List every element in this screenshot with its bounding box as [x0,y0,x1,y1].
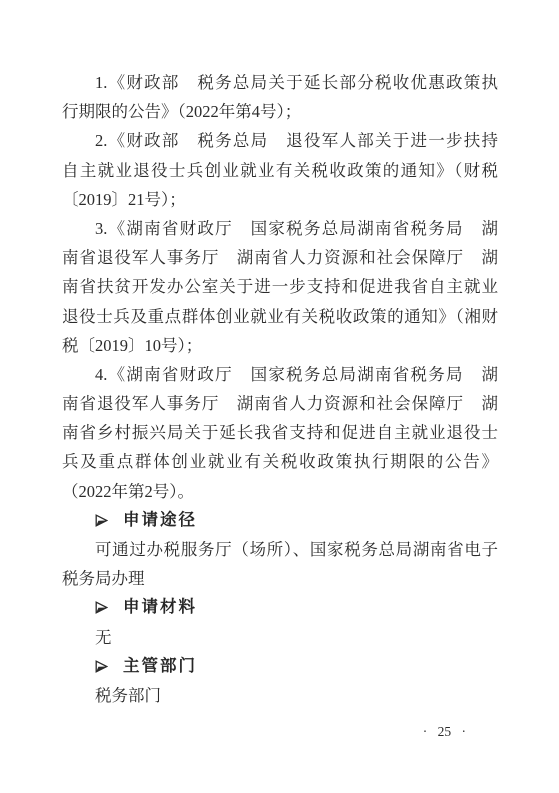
document-body: 1.《财政部 税务总局关于延长部分税收优惠政策执行期限的公告》（2022年第4号… [62,68,498,710]
section-heading: 申请材料 [62,593,498,622]
text-line: 税务部门 [62,681,498,710]
text-line: 〔2019〕21号）； [62,185,498,214]
paragraph: 可通过办税服务厅（场所）、国家税务总局湖南省电子税务局办理 [62,535,498,593]
paragraph: 2.《财政部 税务总局 退役军人部关于进一步扶持自主就业退役士兵创业就业有关税收… [62,126,498,214]
arrowhead-bullet-icon [95,601,108,614]
text-line: 1.《财政部 税务总局关于延长部分税收优惠政策执 [62,68,498,97]
arrowhead-bullet-icon [95,514,108,527]
text-line: 退役士兵及重点群体创业就业有关税收政策的通知》（湘财 [62,302,498,331]
text-line: 行期限的公告》（2022年第4号）； [62,97,498,126]
paragraph: 无 [62,623,498,652]
text-line: 可通过办税服务厅（场所）、国家税务总局湖南省电子 [62,535,498,564]
section-heading: 主管部门 [62,652,498,681]
text-line: 税务局办理 [62,564,498,593]
paragraph: 4.《湖南省财政厅 国家税务总局湖南省税务局 湖南省退役军人事务厅 湖南省人力资… [62,360,498,506]
document-page: 1.《财政部 税务总局关于延长部分税收优惠政策执行期限的公告》（2022年第4号… [0,0,559,793]
paragraph: 1.《财政部 税务总局关于延长部分税收优惠政策执行期限的公告》（2022年第4号… [62,68,498,126]
paragraph: 税务部门 [62,681,498,710]
text-line: 2.《财政部 税务总局 退役军人部关于进一步扶持 [62,126,498,155]
text-line: （2022年第2号）。 [62,477,498,506]
text-line: 兵及重点群体创业就业有关税收政策执行期限的公告》 [62,447,498,476]
text-line: 南省退役军人事务厅 湖南省人力资源和社会保障厅 湖 [62,389,498,418]
text-line: 3.《湖南省财政厅 国家税务总局湖南省税务局 湖 [62,214,498,243]
text-line: 税〔2019〕10号）； [62,331,498,360]
section-heading-label: 申请材料 [123,593,197,622]
page-number: · 25 · [0,724,466,740]
text-line: 无 [62,623,498,652]
text-line: 南省乡村振兴局关于延长我省支持和促进自主就业退役士 [62,418,498,447]
paragraph: 3.《湖南省财政厅 国家税务总局湖南省税务局 湖南省退役军人事务厅 湖南省人力资… [62,214,498,360]
text-line: 自主就业退役士兵创业就业有关税收政策的通知》（财税 [62,156,498,185]
arrowhead-bullet-icon [95,660,108,673]
text-line: 南省扶贫开发办公室关于进一步支持和促进我省自主就业 [62,272,498,301]
section-heading-label: 主管部门 [123,652,197,681]
section-heading-label: 申请途径 [123,506,197,535]
section-heading: 申请途径 [62,506,498,535]
text-line: 4.《湖南省财政厅 国家税务总局湖南省税务局 湖 [62,360,498,389]
text-line: 南省退役军人事务厅 湖南省人力资源和社会保障厅 湖 [62,243,498,272]
